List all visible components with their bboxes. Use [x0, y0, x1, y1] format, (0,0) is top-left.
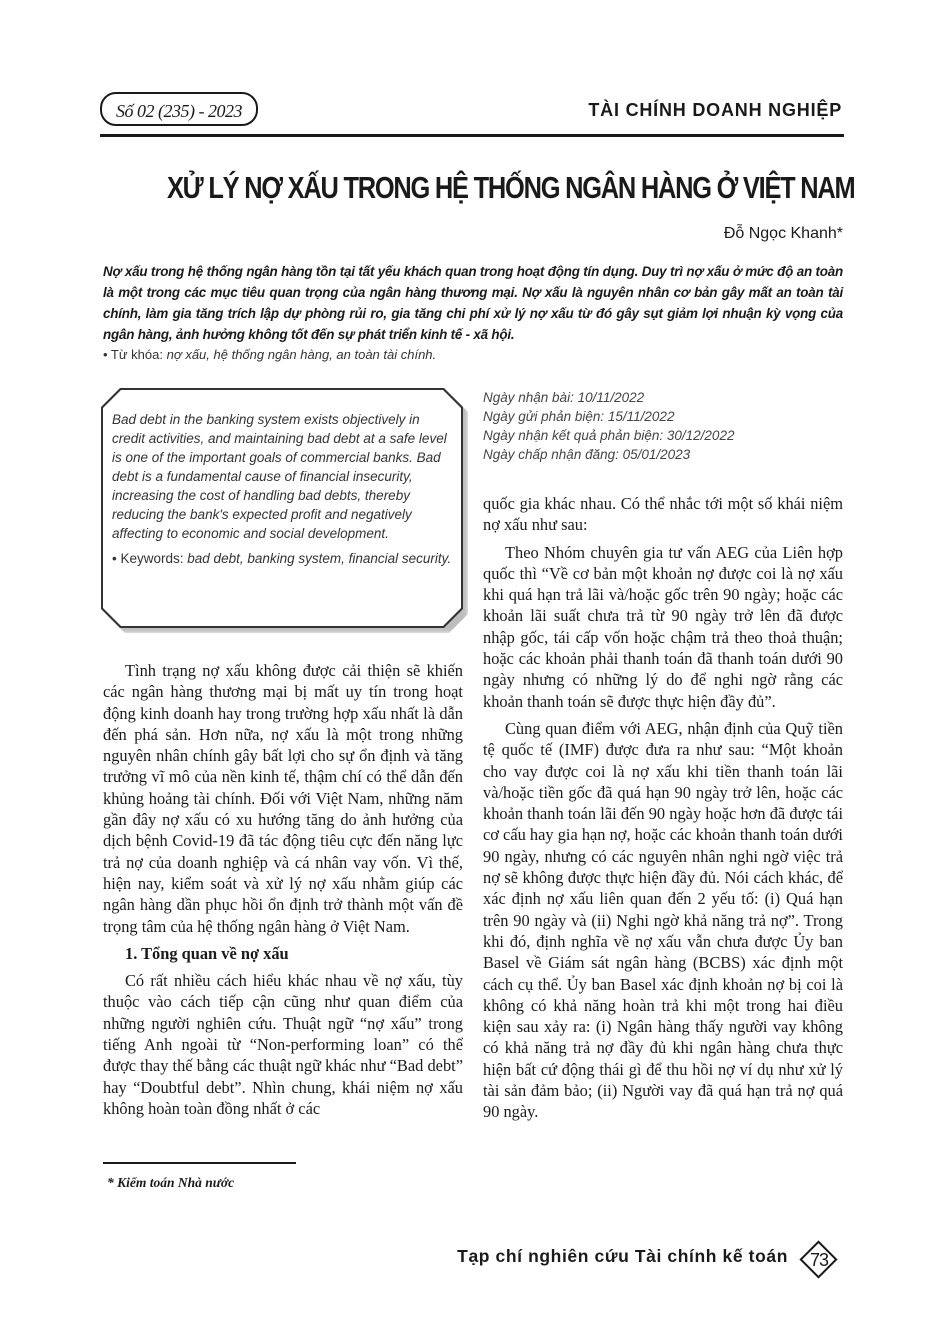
- paragraph: Tình trạng nợ xấu không được cải thiện s…: [103, 660, 463, 937]
- issue-badge: Số 02 (235) - 2023: [100, 92, 258, 126]
- date-review-result: Ngày nhận kết quả phản biện: 30/12/2022: [483, 426, 843, 445]
- footnote: * Kiểm toán Nhà nước: [107, 1175, 234, 1191]
- body-column-left: Tình trạng nợ xấu không được cải thiện s…: [103, 660, 463, 1125]
- paragraph: quốc gia khác nhau. Có thể nhắc tới một …: [483, 493, 843, 536]
- date-accepted: Ngày chấp nhận đăng: 05/01/2023: [483, 445, 843, 464]
- article-title: XỬ LÝ NỢ XẤU TRONG HỆ THỐNG NGÂN HÀNG Ở …: [167, 170, 777, 206]
- page-number: 73: [797, 1238, 841, 1282]
- abstract-english: Bad debt in the banking system exists ob…: [112, 410, 452, 543]
- section-heading: 1. Tổng quan về nợ xấu: [103, 943, 463, 964]
- footnote-divider: [103, 1162, 296, 1164]
- date-received: Ngày nhận bài: 10/11/2022: [483, 388, 843, 407]
- paragraph: Theo Nhóm chuyên gia tư vấn AEG của Liên…: [483, 542, 843, 712]
- keywords-list: nợ xấu, hệ thống ngân hàng, an toàn tài …: [167, 347, 437, 362]
- article-author: Đỗ Ngọc Khanh*: [724, 225, 843, 243]
- paragraph: Cùng quan điểm với AEG, nhận định của Qu…: [483, 718, 843, 1123]
- header-divider: [100, 134, 844, 137]
- submission-dates: Ngày nhận bài: 10/11/2022 Ngày gửi phản …: [483, 388, 843, 464]
- page-header: Số 02 (235) - 2023 TÀI CHÍNH DOANH NGHIỆ…: [100, 92, 842, 132]
- paragraph: Có rất nhiều cách hiểu khác nhau về nợ x…: [103, 970, 463, 1119]
- keywords-english: • Keywords: bad debt, banking system, fi…: [112, 549, 452, 568]
- abstract-vietnamese: Nợ xấu trong hệ thống ngân hàng tồn tại …: [103, 261, 843, 345]
- page-number-text: 73: [797, 1238, 841, 1282]
- keywords-en-label: • Keywords:: [112, 551, 184, 566]
- abstract-english-box: Bad debt in the banking system exists ob…: [103, 390, 461, 626]
- section-name: TÀI CHÍNH DOANH NGHIỆP: [588, 100, 842, 121]
- keywords-vietnamese: • Từ khóa: nợ xấu, hệ thống ngân hàng, a…: [103, 346, 843, 364]
- journal-name: Tạp chí nghiên cứu Tài chính kế toán: [457, 1246, 788, 1267]
- keywords-label: • Từ khóa:: [103, 347, 163, 362]
- body-column-right: quốc gia khác nhau. Có thể nhắc tới một …: [483, 493, 843, 1129]
- keywords-en-list: bad debt, banking system, financial secu…: [187, 551, 451, 566]
- date-review-sent: Ngày gửi phản biện: 15/11/2022: [483, 407, 843, 426]
